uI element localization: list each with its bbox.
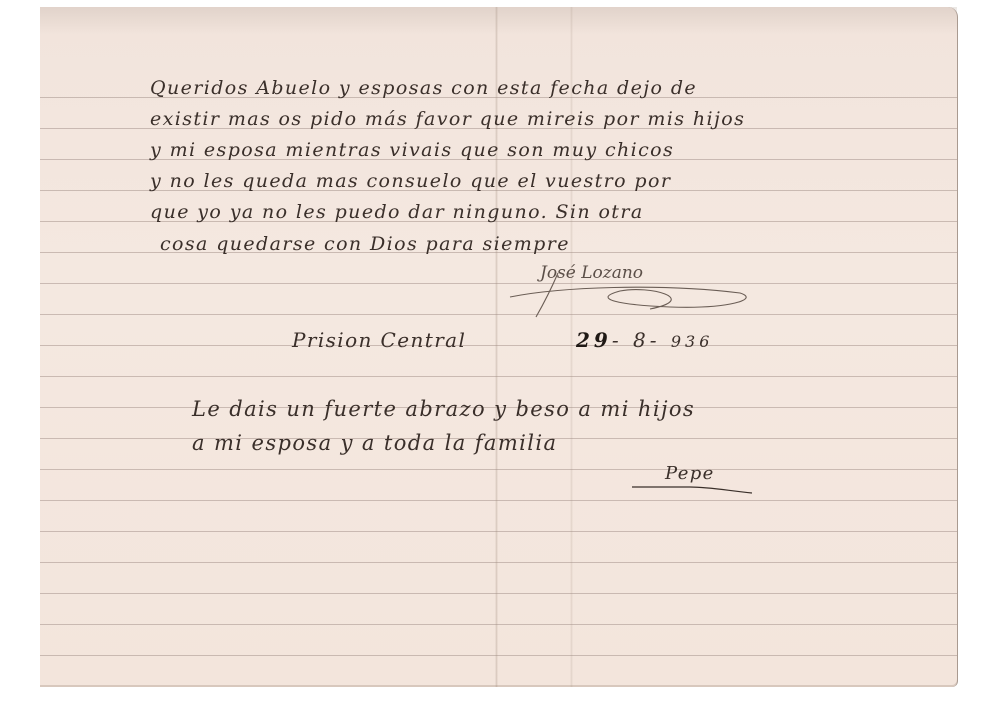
letter-line-6: cosa quedarse con Dios para siempre: [160, 233, 570, 255]
letter-line-5: que yo ya no les puedo dar ninguno. Sin …: [150, 201, 644, 223]
date-year: 936: [671, 332, 714, 351]
postscript-line-2: a mi esposa y a toda la familia: [192, 431, 557, 455]
ruled-line: [40, 469, 957, 470]
ruled-line: [40, 655, 957, 656]
date-month: 8: [633, 328, 650, 352]
ruled-line: [40, 500, 957, 501]
ruled-line: [40, 314, 957, 315]
letter-paper: Queridos Abuelo y esposas con esta fecha…: [40, 7, 958, 687]
ruled-line: [40, 593, 957, 594]
date-text: 29- 8- 936: [576, 328, 713, 352]
letter-line-3: y mi esposa mientras vivais que son muy …: [150, 139, 674, 161]
ruled-line: [40, 562, 957, 563]
postscript-signature-underline: [630, 475, 760, 495]
postscript-line-1: Le dais un fuerte abrazo y beso a mi hij…: [192, 397, 695, 421]
ruled-line: [40, 624, 957, 625]
date-day: 29: [576, 328, 612, 352]
ruled-line: [40, 531, 957, 532]
place-text: Prision Central: [292, 328, 466, 352]
ruled-line: [40, 376, 957, 377]
letter-line-4: y no les queda mas consuelo que el vuest…: [150, 170, 671, 192]
ruled-line: [40, 345, 957, 346]
date-sep-1: -: [612, 328, 633, 352]
letter-line-2: existir mas os pido más favor que mireis…: [150, 108, 745, 130]
date-sep-2: -: [650, 328, 671, 352]
letter-line-1: Queridos Abuelo y esposas con esta fecha…: [150, 77, 697, 99]
signature-flourish: [500, 269, 760, 319]
paper-top-stain: [40, 7, 957, 35]
ruled-line: [40, 283, 957, 284]
